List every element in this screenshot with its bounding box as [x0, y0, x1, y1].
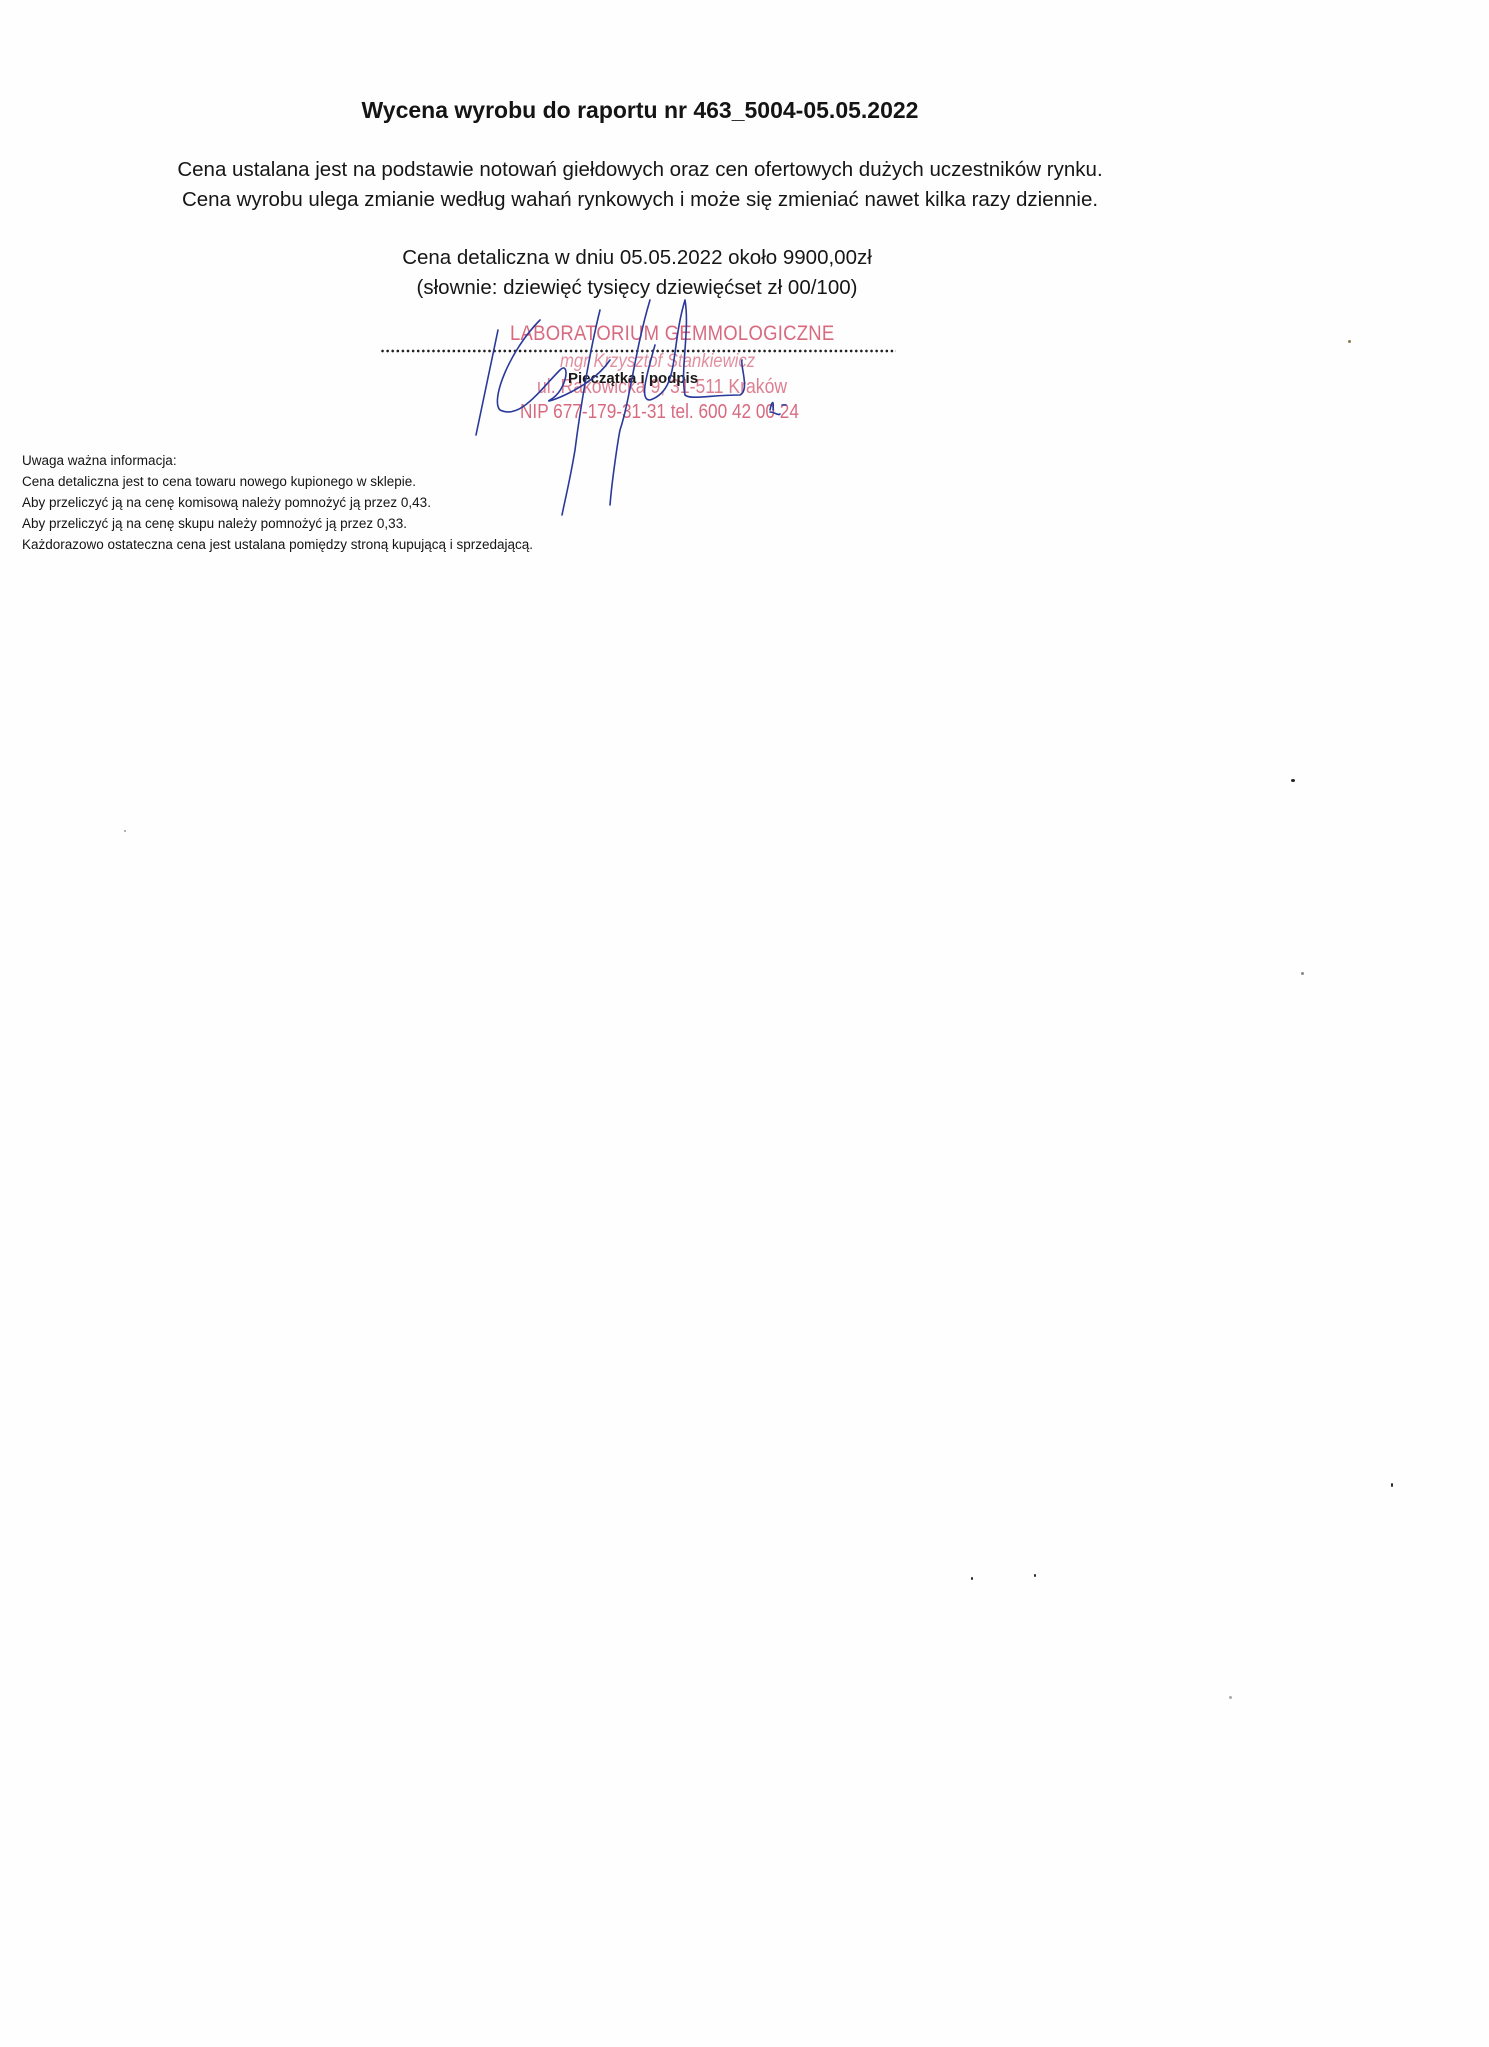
scan-speck	[1348, 340, 1351, 343]
document-page: Wycena wyrobu do raportu nr 463_5004-05.…	[0, 0, 1489, 2047]
retail-price-block: Cena detaliczna w dniu 05.05.2022 około …	[0, 243, 1274, 303]
important-notes: Uwaga ważna informacja: Cena detaliczna …	[22, 450, 533, 555]
retail-price-in-words: (słownie: dziewięć tysięcy dziewięćset z…	[0, 273, 1274, 303]
signature-dotted-line	[380, 349, 896, 353]
stamp-line: NIP 677-179-31-31 tel. 600 42 00 24	[520, 401, 799, 424]
intro-paragraph: Cena ustalana jest na podstawie notowań …	[0, 155, 1280, 215]
notes-heading: Uwaga ważna informacja:	[22, 450, 533, 471]
notes-line: Aby przeliczyć ją na cenę skupu należy p…	[22, 513, 533, 534]
notes-line: Aby przeliczyć ją na cenę komisową należ…	[22, 492, 533, 513]
scan-speck	[1391, 1483, 1393, 1487]
scan-speck	[124, 830, 126, 832]
stamp-line: LABORATORIUM GEMMOLOGICZNE	[510, 322, 834, 346]
scan-speck	[1301, 972, 1304, 975]
intro-line: Cena ustalana jest na podstawie notowań …	[0, 155, 1280, 185]
document-title: Wycena wyrobu do raportu nr 463_5004-05.…	[0, 97, 1280, 124]
intro-line: Cena wyrobu ulega zmianie według wahań r…	[0, 185, 1280, 215]
retail-price: Cena detaliczna w dniu 05.05.2022 około …	[0, 243, 1274, 273]
scan-speck	[1034, 1574, 1036, 1577]
scan-speck	[1229, 1696, 1232, 1699]
signature-label: Pieczątka i podpis	[568, 370, 698, 387]
notes-line: Cena detaliczna jest to cena towaru nowe…	[22, 471, 533, 492]
scan-speck	[1291, 779, 1295, 782]
scan-speck	[971, 1577, 973, 1580]
notes-line: Każdorazowo ostateczna cena jest ustalan…	[22, 534, 533, 555]
